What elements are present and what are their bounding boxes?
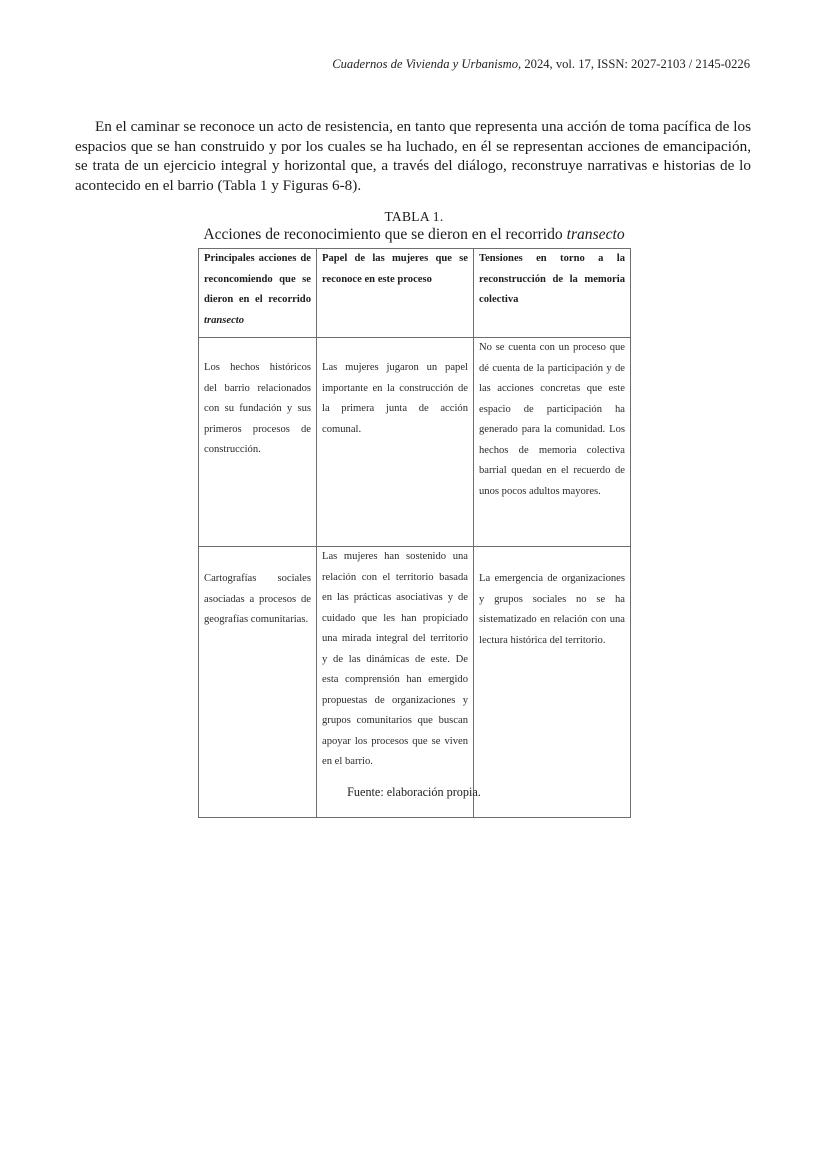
header-cell-women-role: Papel de las mujeres que se reconoce en …	[317, 249, 474, 338]
body-paragraph: En el caminar se reconoce un acto de res…	[75, 117, 751, 195]
table-header-row: Principales acciones de reconcomiendo qu…	[199, 249, 631, 338]
header-cell-actions: Principales acciones de reconcomiendo qu…	[199, 249, 317, 338]
table-label: TABLA 1.	[198, 208, 630, 225]
header-text: Papel de las mujeres que se reconoce en …	[322, 253, 468, 285]
table-cell: Los hechos históricos del barrio relacio…	[199, 338, 317, 547]
header-cell-tensions: Tensiones en torno a la reconstrucción d…	[474, 249, 631, 338]
header-text: Principales acciones de reconcomiendo qu…	[204, 253, 311, 305]
data-table: Principales acciones de reconcomiendo qu…	[198, 248, 631, 818]
journal-name: Cuadernos de Vivienda y Urbanismo,	[332, 57, 521, 71]
header-text: Tensiones en torno a la reconstrucción d…	[479, 253, 625, 305]
table-cell: Las mujeres han sostenido una relación c…	[317, 547, 474, 818]
table-title-text: Acciones de reconocimiento que se dieron…	[203, 226, 566, 243]
table-row: Los hechos históricos del barrio relacio…	[199, 338, 631, 547]
table-cell: Las mujeres jugaron un papel importante …	[317, 338, 474, 547]
table-cell: Cartografías sociales asociadas a proces…	[199, 547, 317, 818]
table-cell: No se cuenta con un proceso que dé cuent…	[474, 338, 631, 547]
table-row: Cartografías sociales asociadas a proces…	[199, 547, 631, 818]
table-title-italic: transecto	[567, 226, 625, 243]
table-source-note: Fuente: elaboración propia.	[198, 785, 630, 800]
table-title: Acciones de reconocimiento que se dieron…	[198, 225, 630, 244]
table-cell: La emergencia de organizaciones y grupos…	[474, 547, 631, 818]
header-italic: transecto	[204, 315, 244, 326]
table-caption: TABLA 1. Acciones de reconocimiento que …	[198, 208, 630, 244]
journal-details: 2024, vol. 17, ISSN: 2027-2103 / 2145-02…	[521, 57, 750, 71]
running-header: Cuadernos de Vivienda y Urbanismo, 2024,…	[332, 57, 750, 72]
